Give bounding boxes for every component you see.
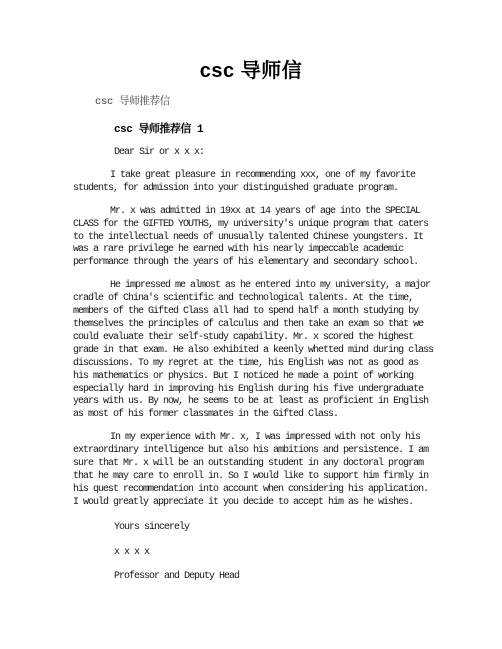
document-subtitle: csc 导师推荐信 [95, 96, 502, 109]
letter-paragraph-2: Mr. x was admitted in 19xx at 14 years o… [73, 206, 442, 271]
letter-paragraph-3: He impressed me almost as he entered int… [73, 280, 442, 422]
letter-closing: Yours sincerely [73, 522, 442, 535]
letter-salutation: Dear Sir or x x x: [73, 147, 442, 160]
letter-signature: x x x x [73, 547, 442, 560]
section-heading: csc 导师推荐信 1 [114, 124, 502, 137]
document-title: csc 导师信 [0, 0, 502, 83]
letter-paragraph-1: I take great pleasure in recommending xx… [73, 170, 442, 196]
letter-body: Dear Sir or x x x: I take great pleasure… [73, 147, 442, 584]
letter-signer-title: Professor and Deputy Head [73, 571, 442, 584]
document-page: csc 导师信 csc 导师推荐信 csc 导师推荐信 1 Dear Sir o… [0, 0, 502, 649]
letter-paragraph-4: In my experience with Mr. x, I was impre… [73, 432, 442, 509]
